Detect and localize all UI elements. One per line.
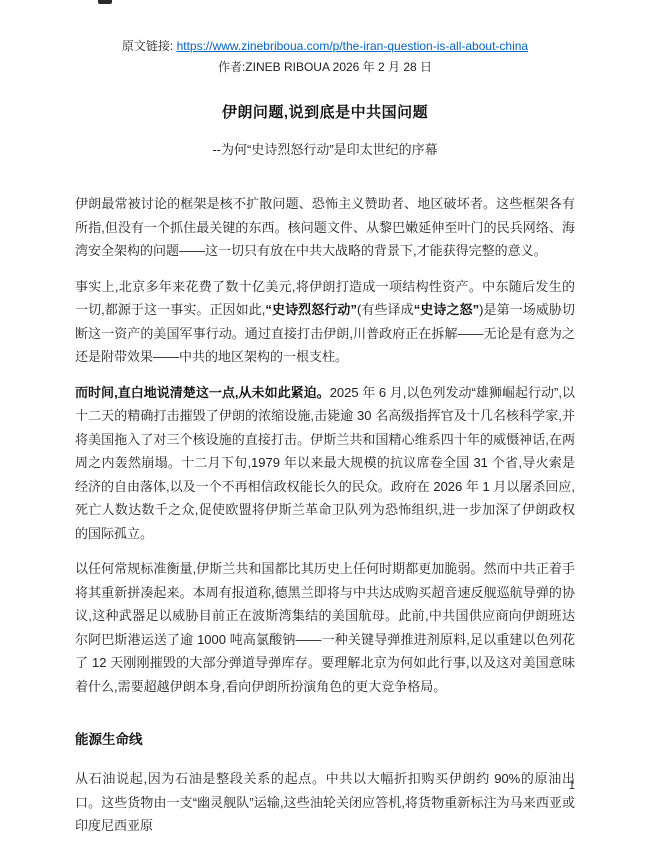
document-header: 原文链接: https://www.zinebriboua.com/p/the-… [0, 0, 650, 76]
document-title: 伊朗问题,说到底是中共国问题 [0, 101, 650, 122]
page-number: 1 [569, 780, 575, 792]
body-paragraph: 伊朗最常被讨论的框架是核不扩散问题、恐怖主义赞助者、地区破坏者。这些框架各有所指… [75, 192, 575, 263]
source-label: 原文链接: [122, 39, 173, 53]
body-paragraph: 以任何常规标准衡量,伊斯兰共和国都比其历史上任何时期都更加脆弱。然而中共正着手将… [75, 557, 575, 698]
document-page: 原文链接: https://www.zinebriboua.com/p/the-… [0, 0, 650, 844]
source-link[interactable]: https://www.zinebriboua.com/p/the-iran-q… [177, 39, 529, 53]
scan-artifact [98, 0, 112, 4]
body-paragraph: 从石油说起,因为石油是整段关系的起点。中共以大幅折扣购买伊朗约 90%的原油出口… [75, 767, 575, 838]
section-heading: 能源生命线 [75, 728, 575, 748]
body-paragraph: 而时间,直白地说清楚这一点,从未如此紧迫。2025 年 6 月,以色列发动“雄狮… [75, 381, 575, 546]
document-subtitle: --为何“史诗烈怒行动”是印太世纪的序幕 [0, 139, 650, 158]
document-body: 伊朗最常被讨论的框架是核不扩散问题、恐怖主义赞助者、地区破坏者。这些框架各有所指… [75, 192, 575, 838]
source-line: 原文链接: https://www.zinebriboua.com/p/the-… [0, 38, 650, 55]
body-paragraph: 事实上,北京多年来花费了数十亿美元,将伊朗打造成一项结构性资产。中东随后发生的一… [75, 275, 575, 369]
byline: 作者:ZINEB RIBOUA 2026 年 2 月 28 日 [0, 59, 650, 76]
